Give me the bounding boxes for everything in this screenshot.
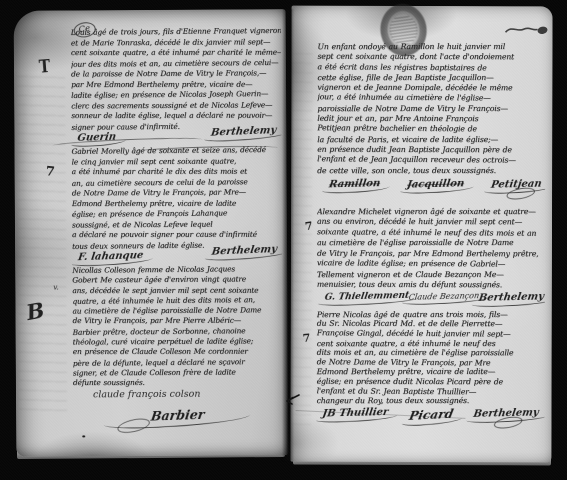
signature-flourish-row: Barbier [73, 402, 283, 434]
signature: Berthelemy [210, 125, 277, 139]
entry-line: quatre, a été inhumée le huit des dits m… [72, 295, 282, 307]
entry-line: a été écrit dans les régistres baptistai… [317, 62, 545, 74]
entry-line: jour des dits mois et an, au cimetière s… [71, 57, 281, 70]
signature: Claude Bezançon [408, 291, 480, 302]
entry-line: Louis âgé de trois jours, fils d'Etienne… [71, 26, 281, 38]
entry-line: de cette ville, son oncle, tous deux sou… [317, 165, 545, 175]
entry-line: église; en présence de François Lahanque [72, 208, 282, 221]
entry-line: Un enfant ondoyé au Ramillon le huit jan… [317, 42, 545, 52]
margin-letter-mark: B [24, 297, 46, 325]
margin-cross-mark: T [38, 56, 51, 77]
entry-line: a été inhumé par charité le dix des dits… [72, 167, 282, 178]
signature: JB Thuillier [322, 407, 389, 420]
margin-tally-mark: 7 [304, 219, 313, 233]
right-page-entries: Un enfant ondoyé au Ramillon le huit jan… [316, 42, 545, 459]
left-page: Ce T 7 v. B Louis âgé de trois jours, fi… [14, 9, 289, 457]
entry-line: Pierre Nicolas âgé de quatre ans trois m… [317, 310, 545, 320]
entry-line: Barbier prêtre, docteur de Sorbonne, cha… [73, 326, 283, 338]
signature: Petitjean [490, 179, 542, 191]
signature: Ramillon [328, 178, 381, 190]
signature-row: RamillonJacquillonPetitjean [317, 176, 545, 208]
entry-line: Tellement vigneron et de Claude Bezançon… [317, 270, 545, 281]
entry-line: l'enfant et de Jean Jacquillon receveur … [317, 154, 545, 166]
signature: claude françois colson [93, 388, 201, 400]
entry-line: en présence de Claude Colleson Me cordon… [73, 347, 283, 358]
entry-line: clerc des sacrements soussigné et de Nic… [71, 100, 281, 112]
entry-line: sept cent soixante quatre, dont l'acte d… [317, 52, 545, 63]
corner-paraph-icon [504, 21, 550, 39]
signature: Berthelemy [478, 291, 545, 304]
entry-line: an, au cimetière secours de celui de la … [72, 176, 282, 189]
signature: Picard [407, 407, 454, 423]
right-page: 7 7 Un enfant ondoyé au Ramillon le huit… [290, 6, 552, 463]
entry-line: cette église, fille de Jean Baptiste Jac… [317, 73, 545, 83]
entry-line: Gobert Me casteur âgée d'environ vingt q… [72, 274, 282, 286]
register-entry: Un enfant ondoyé au Ramillon le huit jan… [317, 42, 545, 207]
signature: F. lahanque [77, 250, 144, 263]
entry-line: jour, a été inhumée au cimetière de l'ég… [317, 93, 545, 105]
entry-line: changeur du Roy, tous deux soussignés. [317, 396, 545, 406]
entry-line: Petitjean prêtre bachelier en théologie … [317, 124, 545, 136]
register-entry: Gabriel Morelly âgé de soixante et seize… [71, 145, 282, 265]
entry-line: soussigné, et de Nicolas Lefeve lequel [72, 219, 282, 231]
signature-row: JB ThuillierPicardBerthelemy [316, 406, 544, 433]
entry-line: au cimetière de l'église paroissialle de… [317, 238, 545, 249]
signature: Barbier [150, 407, 206, 424]
entry-line: cent soixante quatre, a été inhumé par c… [71, 48, 281, 59]
signature: G. Thiellemment [324, 291, 410, 303]
entry-line: et de Marie Tonraska, décédé le dix janv… [71, 37, 281, 49]
signature: Berthelemy [211, 244, 278, 258]
entry-line: ladite église; en présence de Nicolas Jo… [71, 89, 281, 102]
entry-line: la faculté de Paris, et vicaire de ladit… [317, 135, 545, 145]
entry-line: sonneur de ladite église, lequel a décla… [71, 111, 281, 122]
register-entry: Pierre Nicolas âgé de quatre ans trois m… [316, 310, 544, 433]
entry-line: Edmond Berthelemy prêtre, vicaire de lad… [317, 367, 545, 377]
entry-line: père de la défunte, lequel a déclaré ne … [73, 357, 283, 369]
signature: Jacquillon [406, 178, 465, 190]
left-page-entries: Louis âgé de trois jours, fils d'Etienne… [71, 26, 284, 452]
entry-line: menuisier, tous deux amis du défunt sous… [317, 280, 545, 291]
register-entry: Alexandre Michelet vigneron âgé de soixa… [317, 207, 545, 311]
bleed-through-left [17, 75, 67, 415]
signature-row: claude françois colson [73, 388, 283, 403]
register-entry: Louis âgé de trois jours, fils d'Etienne… [71, 26, 282, 146]
gutter-arrow-mark-icon [283, 391, 301, 407]
official-ink-stamp-icon [377, 1, 430, 59]
entry-line: vicaire de ladite église; en présence de… [317, 259, 545, 271]
signature: Berthelemy [473, 407, 540, 420]
entry-line: a déclaré ne pouvoir signer pour cause d… [72, 230, 282, 241]
entry-line: paroissialle de Notre Dame de Vitry le F… [317, 104, 545, 114]
entry-line: église; en présence dudit Nicolas Picard… [317, 377, 545, 387]
margin-tally-mark: 7 [45, 164, 55, 180]
bleed-through-right [291, 50, 312, 430]
signature-row: G. ThiellemmentClaude BezançonBerthelemy [317, 291, 545, 311]
entry-line: Nicollas Colleson femme de Nicolas Jacqu… [72, 264, 282, 276]
register-scan-viewport: Ce T 7 v. B Louis âgé de trois jours, fi… [0, 0, 567, 480]
entry-line: Françoise Gingal, décédé le huit janvier… [317, 328, 545, 339]
entry-line: Alexandre Michelet vigneron âgé de soixa… [317, 207, 545, 218]
entry-line: cent soixante quatre, a été inhumé le ne… [317, 339, 545, 349]
register-entry: Nicollas Colleson femme de Nicolas Jacqu… [72, 264, 283, 434]
margin-check-mark: v. [53, 284, 58, 292]
margin-tally-mark: 7 [302, 331, 311, 345]
entry-line: le cinq janvier mil sept cent soixante q… [72, 156, 282, 168]
